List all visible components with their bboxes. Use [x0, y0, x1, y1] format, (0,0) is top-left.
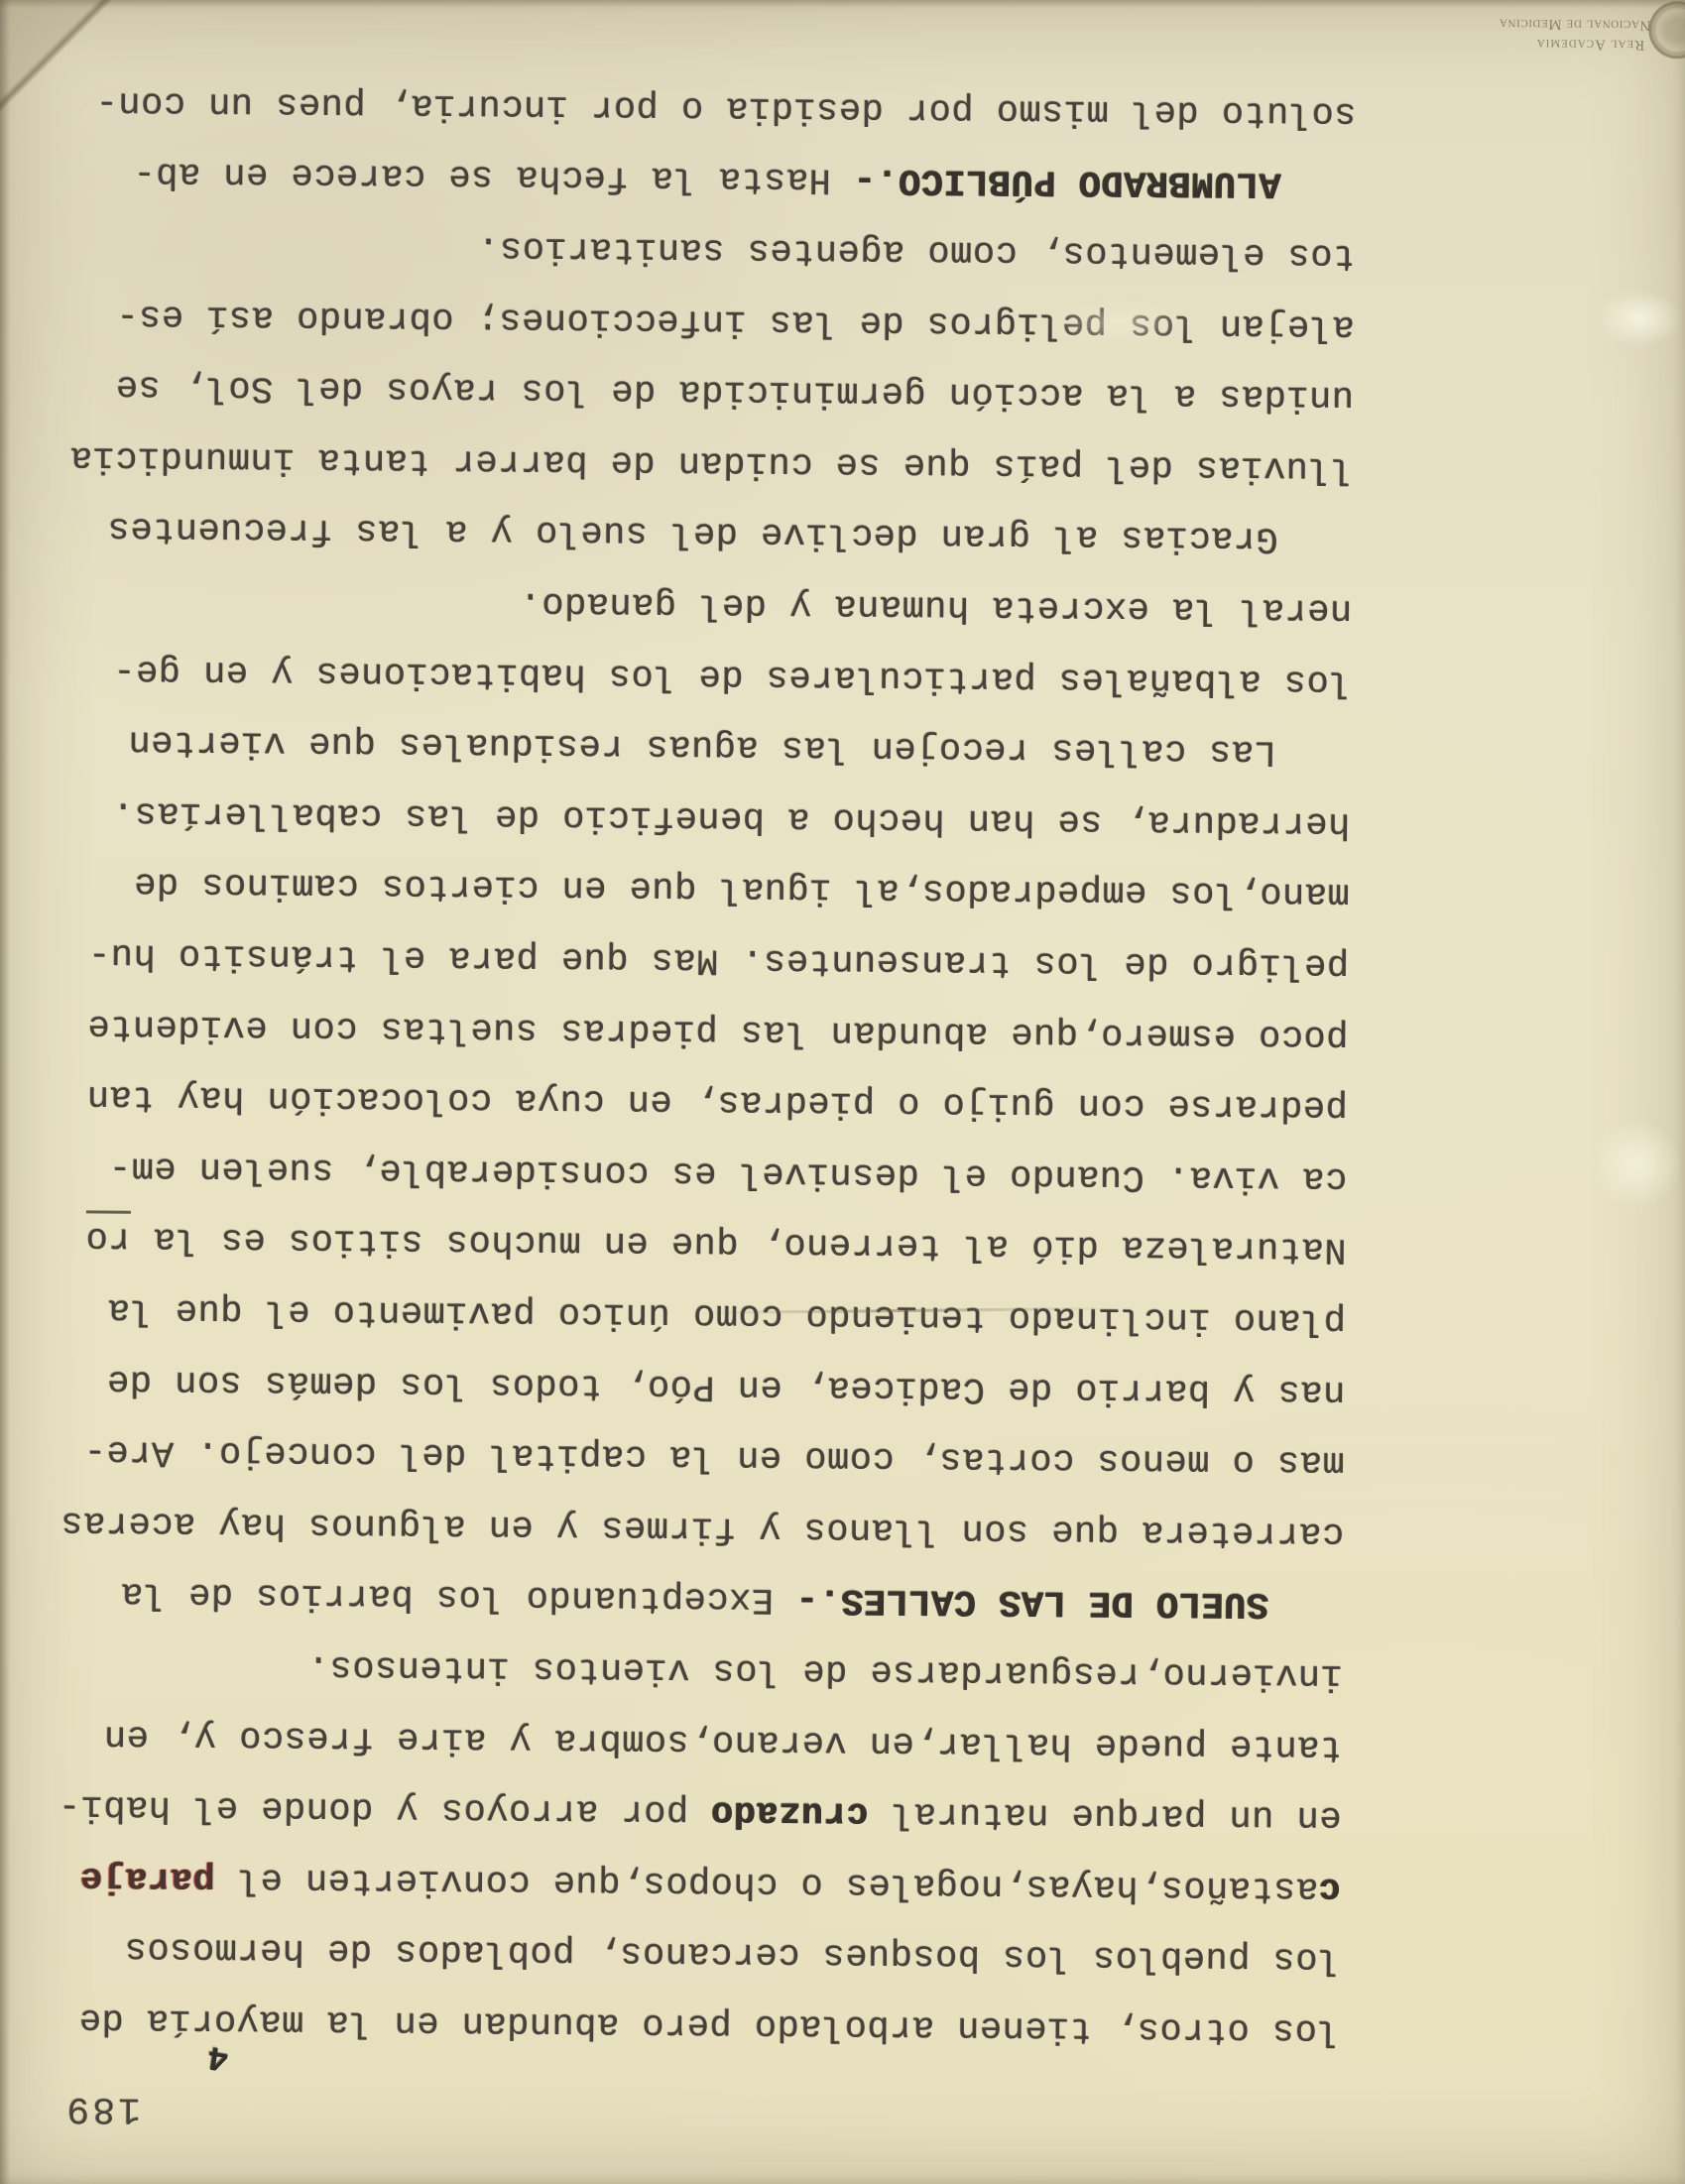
text-segment: astaños,hayas,nogales o chopos,que convi… — [215, 1858, 1319, 1909]
library-stamp: Real Academia Nacional de Medicina — [1448, 0, 1685, 61]
scanned-page: 189 4 los otros, tienen arbolado pero ab… — [0, 0, 1685, 2184]
text-segment-bold: cruzado — [711, 1791, 869, 1834]
text-line: carretera que son llanos y firmes y en a… — [60, 1502, 1344, 1554]
text-line: lluvias del país que se cuidan de barrer… — [69, 436, 1353, 489]
text-line: herradura, se han hecho a beneficio de l… — [112, 791, 1351, 844]
text-segment: soluto del mismo por desidia o por incur… — [95, 81, 1357, 134]
text-line: mano,los empedrados,al igual que en cier… — [134, 863, 1350, 915]
paper-fold-crease — [0, 0, 129, 129]
text-segment: Las calles recojen las aguas residuales … — [128, 721, 1276, 773]
text-segment: mano,los empedrados,al igual que en cier… — [134, 863, 1350, 915]
text-segment: carretera que son llanos y firmes y en a… — [60, 1502, 1344, 1554]
text-segment: ca viva. Cuando el desnivel es considera… — [108, 1147, 1347, 1199]
text-segment: tos elementos, como agentes sanitarios. — [477, 227, 1356, 277]
text-line: Naturaleza dió al terreno, que en muchos… — [85, 1218, 1347, 1271]
text-segment: invierno,resguardarse de los vientos int… — [306, 1645, 1343, 1696]
text-segment: neral la excreta humana y del ganado. — [519, 582, 1352, 631]
text-segment: peligro de los transeuntes. Mas que para… — [88, 933, 1350, 986]
text-segment-red: paraje — [79, 1857, 215, 1899]
text-line: Las calles recojen las aguas residuales … — [128, 721, 1276, 773]
text-segment: pedrarse con guijo o piedras, en cuya co… — [86, 1076, 1348, 1129]
text-segment: los albañales particulares de los habita… — [113, 650, 1352, 702]
text-segment: tante puede hallar,en verano,sombra y ai… — [103, 1715, 1342, 1767]
text-segment: los pueblos los bosques cercanos, poblad… — [124, 1928, 1340, 1981]
stamp-seal-icon — [1648, 1, 1685, 60]
text-line: SUELO DE LAS CALLES.- Exceptuando los ba… — [120, 1573, 1268, 1625]
text-line: unidas a la acción germinicida de los ra… — [115, 366, 1354, 419]
scan-edge-shadow-left — [0, 0, 10, 2184]
text-line: castaños,hayas,nogales o chopos,que conv… — [79, 1857, 1341, 1909]
stamp-text-line2: Nacional de Medicina — [1499, 15, 1650, 33]
text-line: alejan los peligros de las infecciones; … — [116, 295, 1355, 347]
text-line: tos elementos, como agentes sanitarios. — [477, 227, 1356, 277]
text-segment-bold: SUELO DE LAS CALLES.- — [796, 1579, 1269, 1625]
text-line: ALUMBRADO PÚBLICO.- Hasta la fecha se ca… — [133, 153, 1281, 204]
text-line: ca viva. Cuando el desnivel es considera… — [108, 1147, 1347, 1199]
text-segment: Naturaleza dió al terreno, que en muchos… — [130, 1218, 1346, 1271]
text-block: los otros, tienen arbolado pero abundan … — [0, 0, 1685, 2184]
text-segment: lluvias del país que se cuidan de barrer… — [69, 436, 1353, 489]
text-line: invierno,resguardarse de los vientos int… — [306, 1645, 1343, 1696]
text-line: los pueblos los bosques cercanos, poblad… — [124, 1928, 1340, 1981]
text-segment: Exceptuando los barrios de la — [120, 1573, 795, 1621]
text-line: en un parque natural cruzado por arroyos… — [58, 1785, 1341, 1838]
text-segment: unidas a la acción germinicida de los ra… — [115, 366, 1354, 419]
text-segment: poco esmero,que abundan las piedras suel… — [87, 1005, 1349, 1057]
text-line: soluto del mismo por desidia o por incur… — [95, 81, 1357, 134]
text-segment: los otros, tienen arbolado pero abundan … — [78, 1999, 1340, 2051]
text-segment: herradura, se han hecho a beneficio de l… — [112, 791, 1351, 844]
text-segment: por arroyos y donde el habi- — [58, 1785, 711, 1833]
text-segment: plano inclinado teniendo como único pavi… — [107, 1289, 1346, 1342]
text-line: tante puede hallar,en verano,sombra y ai… — [103, 1715, 1342, 1767]
text-line: peligro de los transeuntes. Mas que para… — [88, 933, 1350, 986]
text-line: los albañales particulares de los habita… — [113, 650, 1352, 702]
text-line: nas y barrio de Cadicea, en Póo, todos l… — [107, 1360, 1346, 1412]
text-segment: Gracias al gran declive del suelo y a la… — [107, 508, 1278, 559]
scan-edge-shadow-top — [0, 0, 1685, 8]
text-segment: nas y barrio de Cadicea, en Póo, todos l… — [107, 1360, 1346, 1412]
text-line: poco esmero,que abundan las piedras suel… — [87, 1005, 1349, 1057]
text-segment: mas o menos cortas, como en la capital d… — [83, 1431, 1345, 1484]
text-segment-bold: c — [1318, 1868, 1341, 1909]
text-line: los otros, tienen arbolado pero abundan … — [78, 1999, 1340, 2051]
rotated-content: 189 4 los otros, tienen arbolado pero ab… — [0, 0, 1685, 2184]
text-segment: Hasta la fecha se carece en ab- — [133, 153, 854, 200]
text-segment: alejan los peligros de las infecciones; … — [116, 295, 1355, 347]
stamp-text-line1: Real Academia — [1536, 35, 1645, 53]
text-line: Gracias al gran declive del suelo y a la… — [107, 508, 1278, 559]
text-segment-underlined: ro — [85, 1211, 131, 1260]
text-line: mas o menos cortas, como en la capital d… — [83, 1431, 1345, 1484]
text-line: neral la excreta humana y del ganado. — [519, 582, 1352, 631]
text-line: plano inclinado teniendo como único pavi… — [107, 1289, 1346, 1342]
text-segment: en un parque natural — [869, 1792, 1342, 1838]
text-line: pedrarse con guijo o piedras, en cuya co… — [86, 1076, 1348, 1129]
text-segment-bold: ALUMBRADO PÚBLICO.- — [853, 159, 1281, 204]
